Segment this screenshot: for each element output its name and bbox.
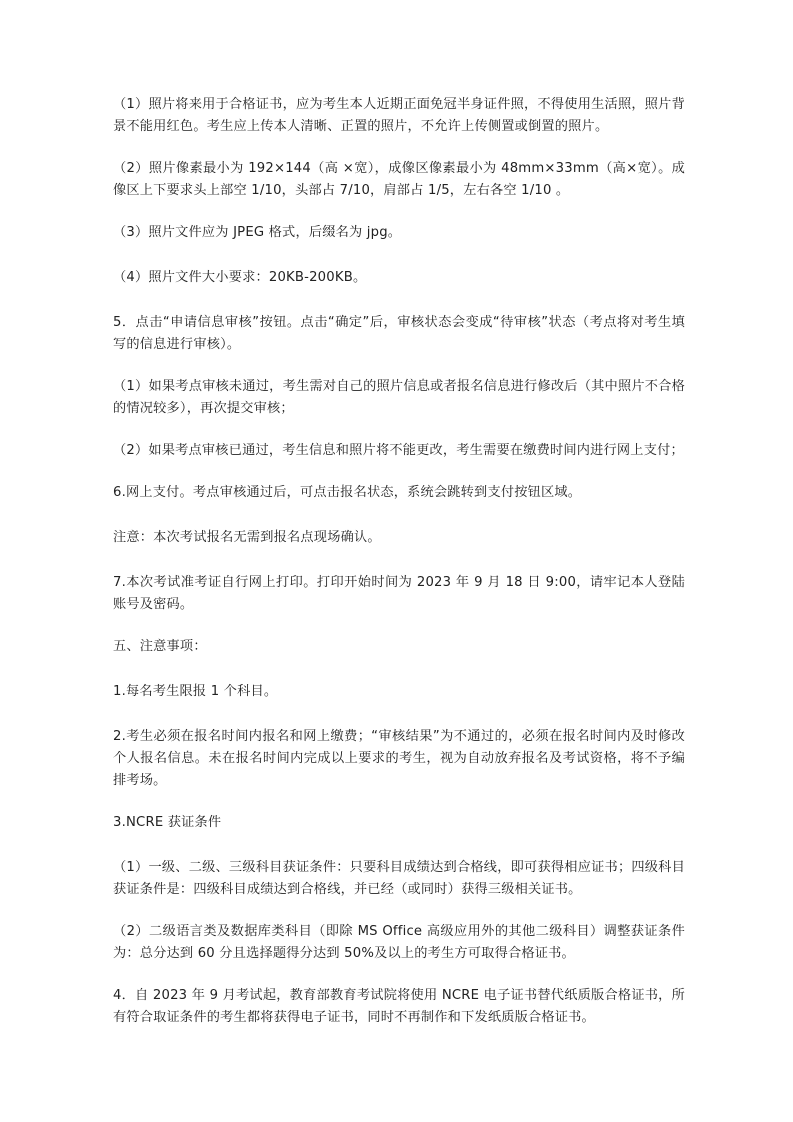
- review-failed-note: （1）如果考点审核未通过，考生需对自己的照片信息或者报名信息进行修改后（其中照片…: [113, 376, 685, 420]
- note-1-one-subject: 1.每名考生限报 1 个科目。: [113, 681, 685, 703]
- no-onsite-confirmation-note: 注意：本次考试报名无需到报名点现场确认。: [113, 527, 685, 549]
- photo-usage-requirement: （1）照片将来用于合格证书，应为考生本人近期正面免冠半身证件照，不得使用生活照，…: [113, 94, 685, 138]
- photo-pixel-requirement: （2）照片像素最小为 192×144（高 ×宽），成像区像素最小为 48mm×3…: [113, 158, 685, 202]
- note-4-electronic-certificate: 4．自 2023 年 9 月考试起，教育部教育考试院将使用 NCRE 电子证书替…: [113, 985, 685, 1029]
- step-5-apply-review: 5．点击“申请信息审核”按钮。点击“确定”后，审核状态会变成“待审核”状态（考点…: [113, 312, 685, 356]
- review-passed-note: （2）如果考点审核已通过，考生信息和照片将不能更改，考生需要在缴费时间内进行网上…: [113, 440, 685, 462]
- step-7-admission-ticket: 7.本次考试准考证自行网上打印。打印开始时间为 2023 年 9 月 18 日 …: [113, 572, 685, 616]
- step-6-online-payment: 6.网上支付。考点审核通过后，可点击报名状态，系统会跳转到支付按钮区域。: [113, 482, 685, 504]
- note-3-certificate-conditions: 3.NCRE 获证条件: [113, 812, 685, 834]
- section-heading-notes: 五、注意事项：: [113, 636, 685, 658]
- certificate-condition-levels: （1）一级、二级、三级科目获证条件：只要科目成绩达到合格线，即可获得相应证书；四…: [113, 857, 685, 901]
- note-2-registration-deadline: 2.考生必须在报名时间内报名和网上缴费；“审核结果”为不通过的，必须在报名时间内…: [113, 726, 685, 792]
- certificate-condition-level-2: （2）二级语言类及数据库类科目（即除 MS Office 高级应用外的其他二级科…: [113, 921, 685, 965]
- document-page: （1）照片将来用于合格证书，应为考生本人近期正面免冠半身证件照，不得使用生活照，…: [113, 94, 685, 1049]
- photo-format-requirement: （3）照片文件应为 JPEG 格式，后缀名为 jpg。: [113, 222, 685, 244]
- photo-size-requirement: （4）照片文件大小要求：20KB-200KB。: [113, 267, 685, 289]
